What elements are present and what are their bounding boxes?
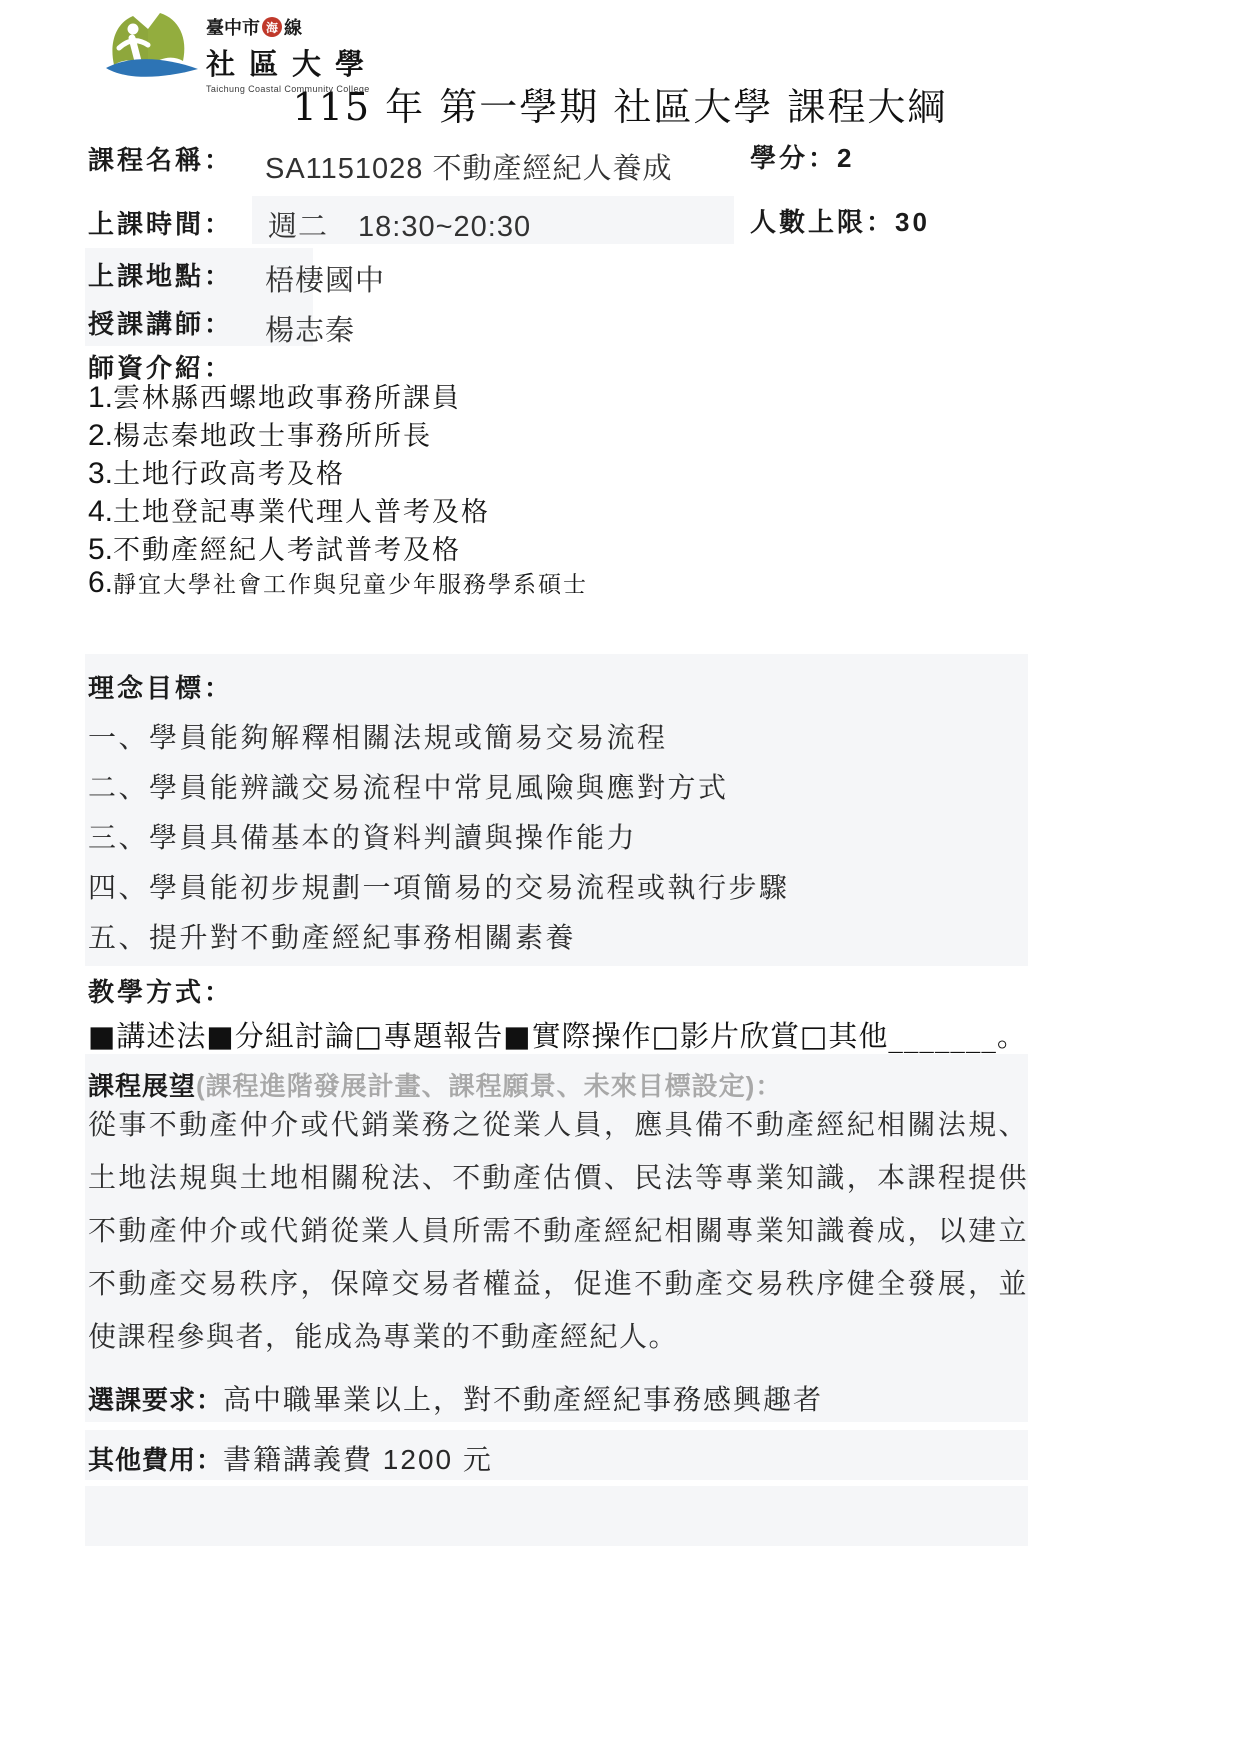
intro-item: 3.土地行政高考及格 <box>88 452 588 490</box>
intro-item: 6.靜宜大學社會工作與兒童少年服務學系碩士 <box>88 566 588 604</box>
instructor-value: 楊志秦 <box>265 308 355 349</box>
fees-text: 書籍講義費 1200 元 <box>223 1444 493 1475</box>
requirements-text: 高中職畢業以上，對不動產經紀事務感興趣者 <box>223 1384 823 1415</box>
location-label: 上課地點： <box>88 256 233 293</box>
outlook-paragraph: 從事不動產仲介或代銷業務之從業人員，應具備不動產經紀相關法規、土地法規與土地相關… <box>88 1098 1028 1363</box>
time-label: 上課時間： <box>88 204 233 241</box>
teaching-methods-line: ■講述法■分組討論□專題報告■實際操作□影片欣賞□其他_______。 <box>88 1014 1027 1055</box>
credits-value: 2 <box>837 143 854 173</box>
instructor-intro-list: 1.雲林縣西螺地政事務所課員 2.楊志秦地政士事務所所長 3.土地行政高考及格 … <box>88 376 588 604</box>
course-name-label: 課程名稱： <box>88 140 233 177</box>
logo-org-prefix: 臺中市 <box>206 14 260 40</box>
instructor-label: 授課講師： <box>88 304 233 341</box>
goal-item-3: 三、學員具備基本的資料判讀與操作能力 <box>88 816 637 856</box>
page-title: 115 年 第一學期 社區大學 課程大綱 <box>0 76 1240 131</box>
outlook-heading-main: 課程展望 <box>88 1071 196 1101</box>
syllabus-page: 臺中市 海 線 社區大學 Taichung Coastal Community … <box>0 0 1240 1754</box>
requirements-line: 選課要求：高中職畢業以上，對不動產經紀事務感興趣者 <box>88 1378 823 1418</box>
capacity-value: 30 <box>895 207 930 237</box>
bottom-empty-block <box>85 1486 1028 1546</box>
goal-item-4: 四、學員能初步規劃一項簡易的交易流程或執行步驟 <box>88 866 790 906</box>
intro-item: 1.雲林縣西螺地政事務所課員 <box>88 376 588 414</box>
goals-heading: 理念目標： <box>88 668 233 705</box>
goal-item-5: 五、提升對不動產經紀事務相關素養 <box>88 916 576 956</box>
teaching-heading: 教學方式： <box>88 972 233 1009</box>
intro-item: 4.土地登記專業代理人普考及格 <box>88 490 588 528</box>
fees-line: 其他費用：書籍講義費 1200 元 <box>88 1438 493 1478</box>
fees-label: 其他費用： <box>88 1445 223 1475</box>
logo-org-suffix: 線 <box>284 14 302 40</box>
intro-item: 5.不動產經紀人考試普考及格 <box>88 528 588 566</box>
outlook-heading-note: (課程進階發展計畫、課程願景、未來目標設定)： <box>196 1071 782 1101</box>
location-value: 梧棲國中 <box>265 258 385 299</box>
capacity-field: 人數上限：30 <box>750 202 930 239</box>
credits-field: 學分：2 <box>750 138 854 175</box>
logo-seal-char: 海 <box>266 19 278 36</box>
goal-item-1: 一、學員能夠解釋相關法規或簡易交易流程 <box>88 716 668 756</box>
capacity-label: 人數上限： <box>750 207 895 237</box>
goal-item-2: 二、學員能辨識交易流程中常見風險與應對方式 <box>88 766 729 806</box>
intro-item: 2.楊志秦地政士事務所所長 <box>88 414 588 452</box>
time-value: 週二 18:30~20:30 <box>268 204 531 245</box>
credits-label: 學分： <box>750 143 837 173</box>
requirements-label: 選課要求： <box>88 1385 223 1415</box>
logo-seal-icon: 海 <box>262 17 282 37</box>
logo-book-icon <box>102 8 202 84</box>
course-name-value: SA1151028 不動產經紀人養成 <box>265 146 673 187</box>
